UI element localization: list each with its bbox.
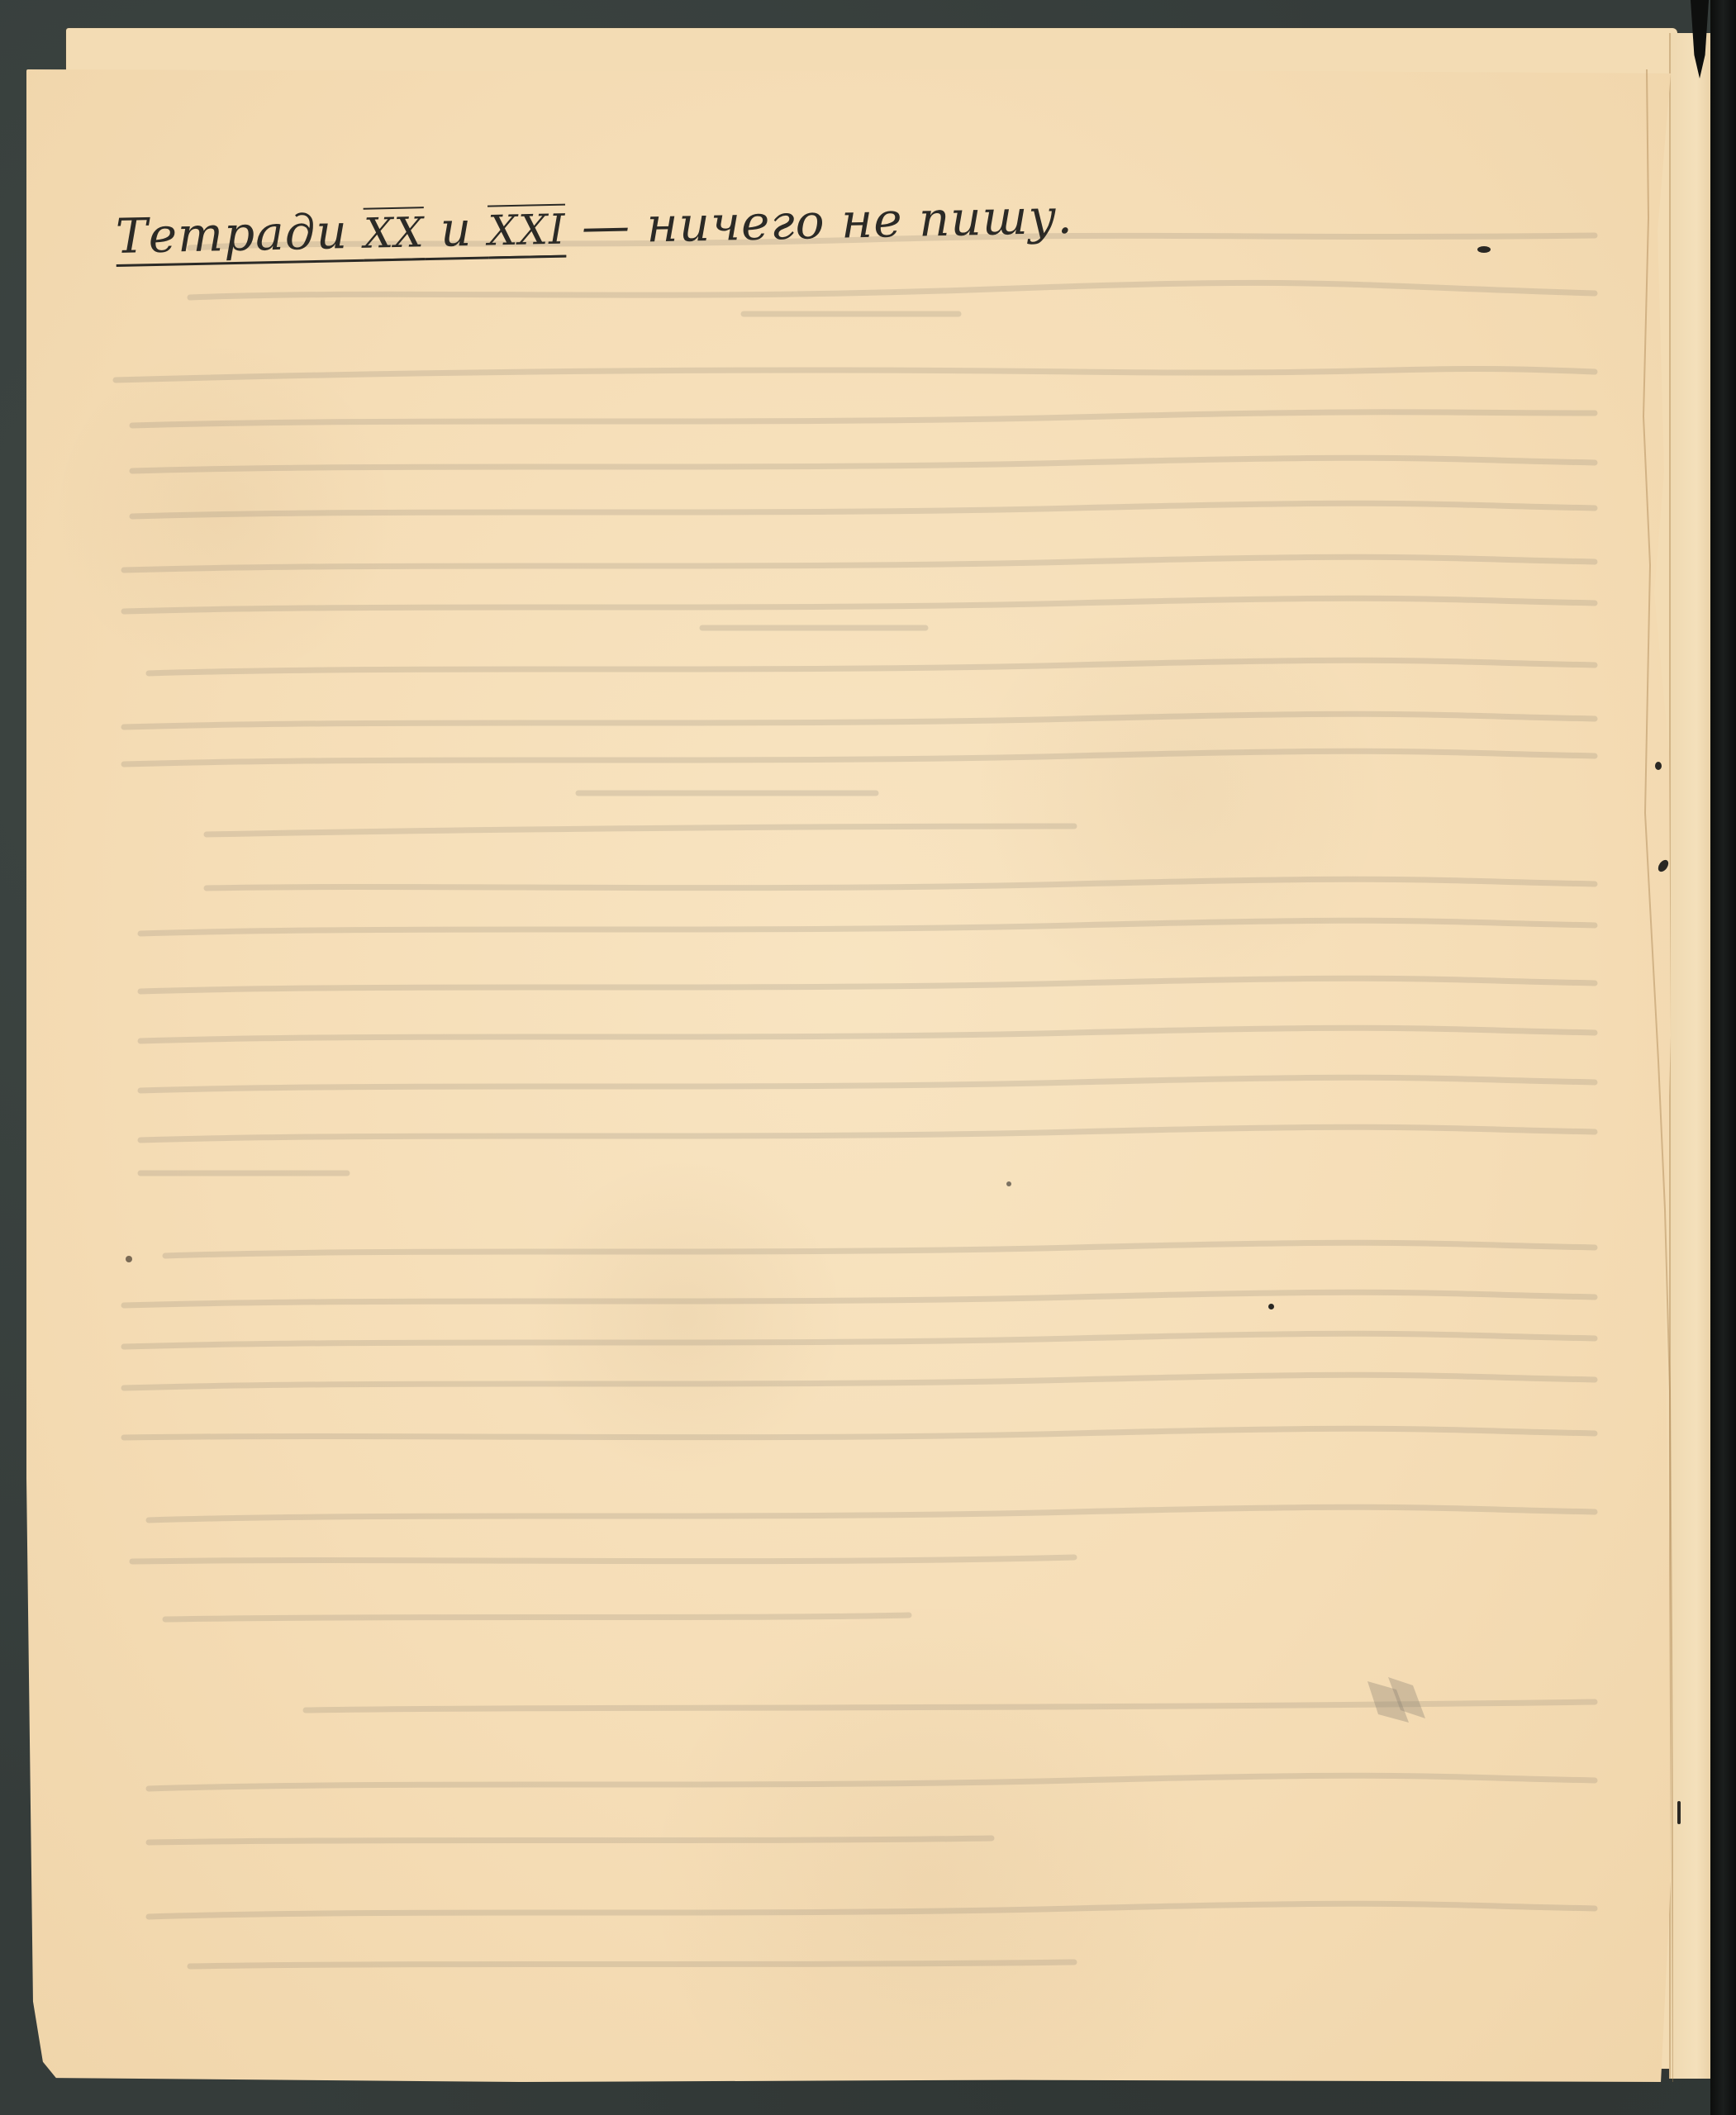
heading-suffix: — ничего не пишу. — [565, 188, 1073, 255]
ink-speck — [1655, 762, 1662, 770]
heading-underlined-part: Тетради XX и XXI — [115, 199, 566, 264]
heading-prefix: Тетради — [115, 203, 364, 264]
binding-spine — [1710, 0, 1736, 2115]
heading-roman-numeral-1: XX — [364, 208, 425, 258]
ink-speck — [126, 1256, 132, 1262]
ink-speck — [1677, 1801, 1681, 1824]
ink-speck — [1477, 246, 1491, 253]
scan-background: Тетради XX и XXI — ничего не пишу. — [0, 0, 1736, 2115]
heading-conjunction: и — [424, 201, 489, 259]
adjacent-page-edge — [1669, 33, 1714, 2079]
manuscript-page — [26, 69, 1671, 2082]
heading-roman-numeral-2: XXI — [488, 206, 566, 255]
ink-speck — [1006, 1181, 1011, 1186]
ink-speck — [1268, 1304, 1274, 1309]
